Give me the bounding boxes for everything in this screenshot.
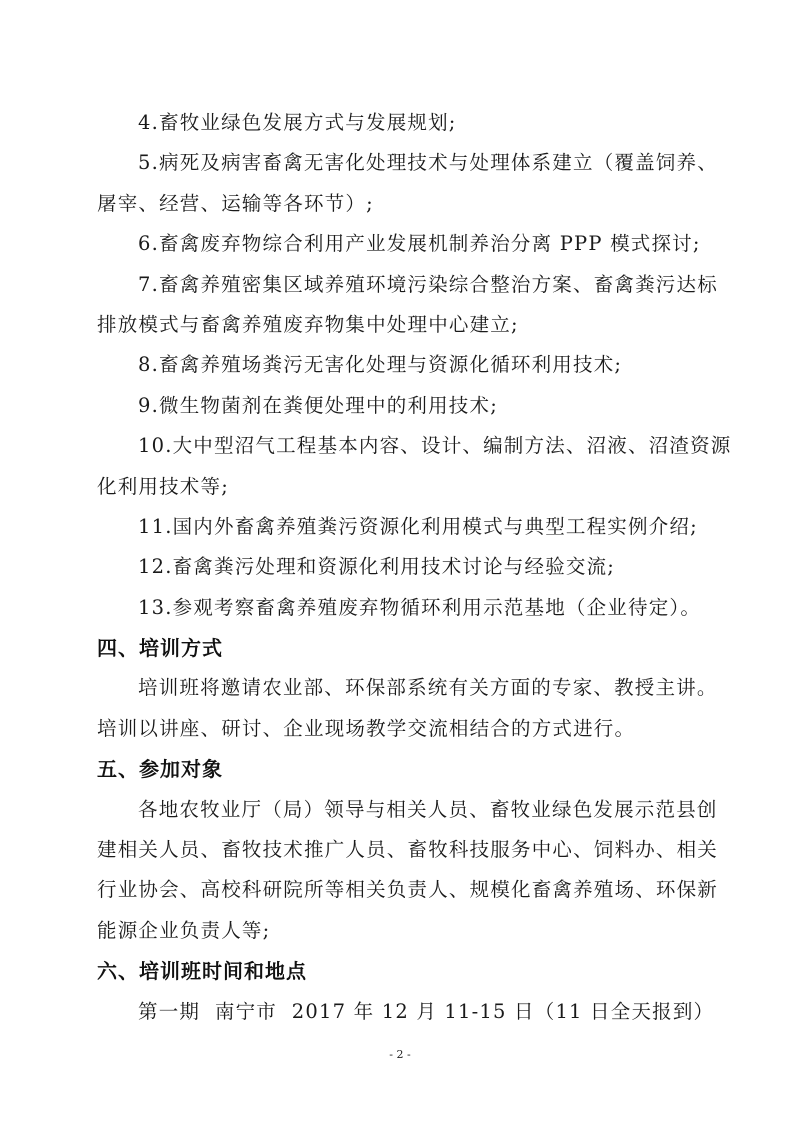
list-item-5-line-1: 5.病死及病害畜禽无害化处理技术与处理体系建立（覆盖饲养、 [97, 143, 703, 183]
section-heading-training-method: 四、培训方式 [97, 628, 703, 668]
participants-line-3: 行业协会、高校科研院所等相关负责人、规模化畜禽养殖场、环保新 [97, 870, 703, 910]
list-item-8: 8.畜禽养殖场粪污无害化处理与资源化循环利用技术; [97, 345, 703, 385]
page-number: - 2 - [0, 1048, 800, 1061]
participants-line-2: 建相关人员、畜牧技术推广人员、畜牧科技服务中心、饲料办、相关 [97, 830, 703, 870]
document-page: 4.畜牧业绿色发展方式与发展规划; 5.病死及病害畜禽无害化处理技术与处理体系建… [97, 103, 703, 1032]
list-item-7-line-1: 7.畜禽养殖密集区域养殖环境污染综合整治方案、畜禽粪污达标 [97, 265, 703, 305]
training-method-line-1: 培训班将邀请农业部、环保部系统有关方面的专家、教授主讲。 [97, 668, 703, 708]
list-item-9: 9.微生物菌剂在粪便处理中的利用技术; [97, 386, 703, 426]
section-heading-time-and-place: 六、培训班时间和地点 [97, 951, 703, 991]
list-item-13: 13.参观考察畜禽养殖废弃物循环利用示范基地（企业待定）。 [97, 588, 703, 628]
list-item-6: 6.畜禽废弃物综合利用产业发展机制养治分离 PPP 模式探讨; [97, 224, 703, 264]
list-item-10-line-2: 化利用技术等; [97, 467, 703, 507]
session-1-schedule: 第一期 南宁市 2017 年 12 月 11-15 日（11 日全天报到） [97, 992, 703, 1032]
section-heading-participants: 五、参加对象 [97, 749, 703, 789]
list-item-11: 11.国内外畜禽养殖粪污资源化利用模式与典型工程实例介绍; [97, 507, 703, 547]
participants-line-1: 各地农牧业厅（局）领导与相关人员、畜牧业绿色发展示范县创 [97, 790, 703, 830]
training-method-line-2: 培训以讲座、研讨、企业现场教学交流相结合的方式进行。 [97, 709, 703, 749]
participants-line-4: 能源企业负责人等; [97, 911, 703, 951]
list-item-12: 12.畜禽粪污处理和资源化利用技术讨论与经验交流; [97, 547, 703, 587]
list-item-5-line-2: 屠宰、经营、运输等各环节）; [97, 184, 703, 224]
list-item-4: 4.畜牧业绿色发展方式与发展规划; [97, 103, 703, 143]
list-item-7-line-2: 排放模式与畜禽养殖废弃物集中处理中心建立; [97, 305, 703, 345]
list-item-10-line-1: 10.大中型沼气工程基本内容、设计、编制方法、沼液、沼渣资源 [97, 426, 703, 466]
